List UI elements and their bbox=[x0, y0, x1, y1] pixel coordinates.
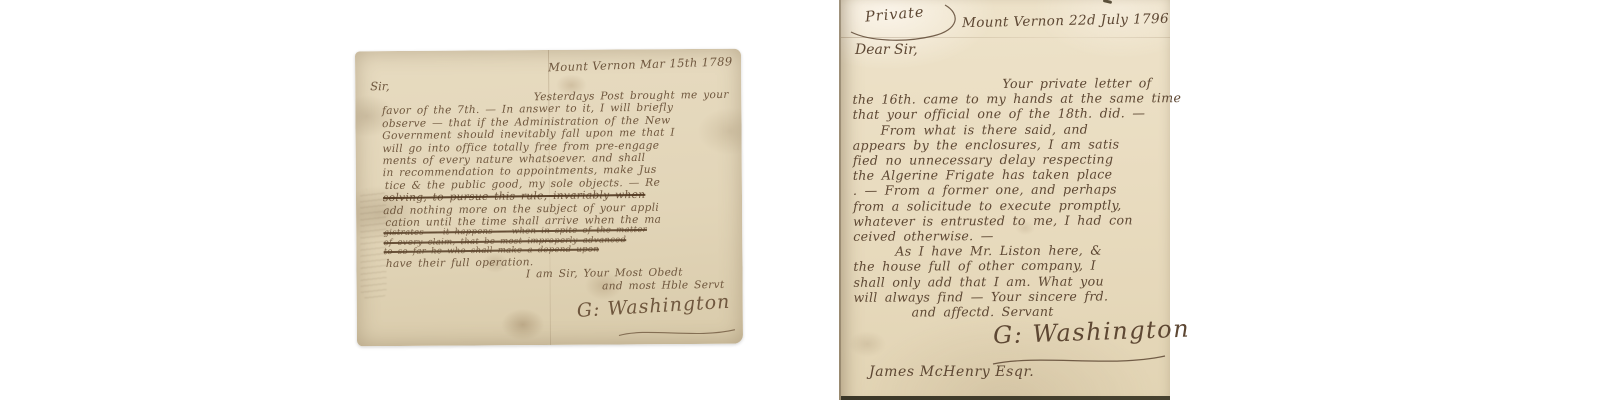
handwritten-line: that your official one of the 18th. did.… bbox=[853, 106, 1169, 123]
letter-body: Your private letter ofthe 16th. came to … bbox=[852, 75, 1169, 320]
handwritten-line: ceived otherwise. — bbox=[853, 227, 1169, 244]
handwritten-line: shall only add that I am. What you bbox=[853, 273, 1169, 290]
handwritten-line: appears by the enclosures, I am satis bbox=[853, 136, 1169, 153]
paper-tear-speck bbox=[1103, 0, 1112, 4]
handwritten-line: will always find — Your sincere frd. bbox=[853, 288, 1169, 305]
handwritten-line: . — From a former one, and perhaps bbox=[853, 182, 1169, 199]
letter-addressee: James McHenry Esqr. bbox=[869, 364, 1034, 380]
letter-signature: G: Washington bbox=[993, 315, 1191, 350]
handwritten-line: whatever is entrusted to me, I had con bbox=[853, 212, 1169, 229]
letter-salutation: Sir, bbox=[370, 79, 390, 93]
scan-edge-strip bbox=[841, 396, 1170, 400]
page-canvas: Mount Vernon Mar 15th 1789 Sir, Yesterda… bbox=[0, 0, 1600, 400]
handwritten-line: the Algerine Frigate has taken place bbox=[853, 166, 1169, 183]
letter-dateline: Mount Vernon Mar 15th 1789 bbox=[548, 54, 733, 74]
signature-flourish bbox=[617, 325, 737, 340]
letter-signature: G: Washington bbox=[577, 291, 732, 322]
handwritten-line: From what is there said, and bbox=[853, 121, 1169, 138]
fold-crease bbox=[841, 37, 1170, 38]
handwritten-line: the 16th. came to my hands at the same t… bbox=[852, 90, 1168, 107]
handwritten-line: the house full of other company, I bbox=[853, 258, 1169, 275]
letter-salutation: Dear Sir, bbox=[855, 42, 918, 58]
private-annotation: Private bbox=[864, 4, 925, 25]
letter-image-1796[interactable]: Private Mount Vernon 22d July 1796 Dear … bbox=[839, 0, 1170, 400]
handwritten-line: As I have Mr. Liston here, & bbox=[853, 242, 1169, 259]
letter-image-1789[interactable]: Mount Vernon Mar 15th 1789 Sir, Yesterda… bbox=[355, 49, 743, 347]
handwritten-line: fied no unnecessary delay respecting bbox=[853, 151, 1169, 168]
handwritten-line: from a solicitude to execute promptly, bbox=[853, 197, 1169, 214]
handwritten-line: Your private letter of bbox=[852, 75, 1168, 92]
letter-dateline: Mount Vernon 22d July 1796 bbox=[962, 11, 1169, 31]
letter-body: Yesterdays Post brought me yourfavor of … bbox=[382, 89, 736, 295]
